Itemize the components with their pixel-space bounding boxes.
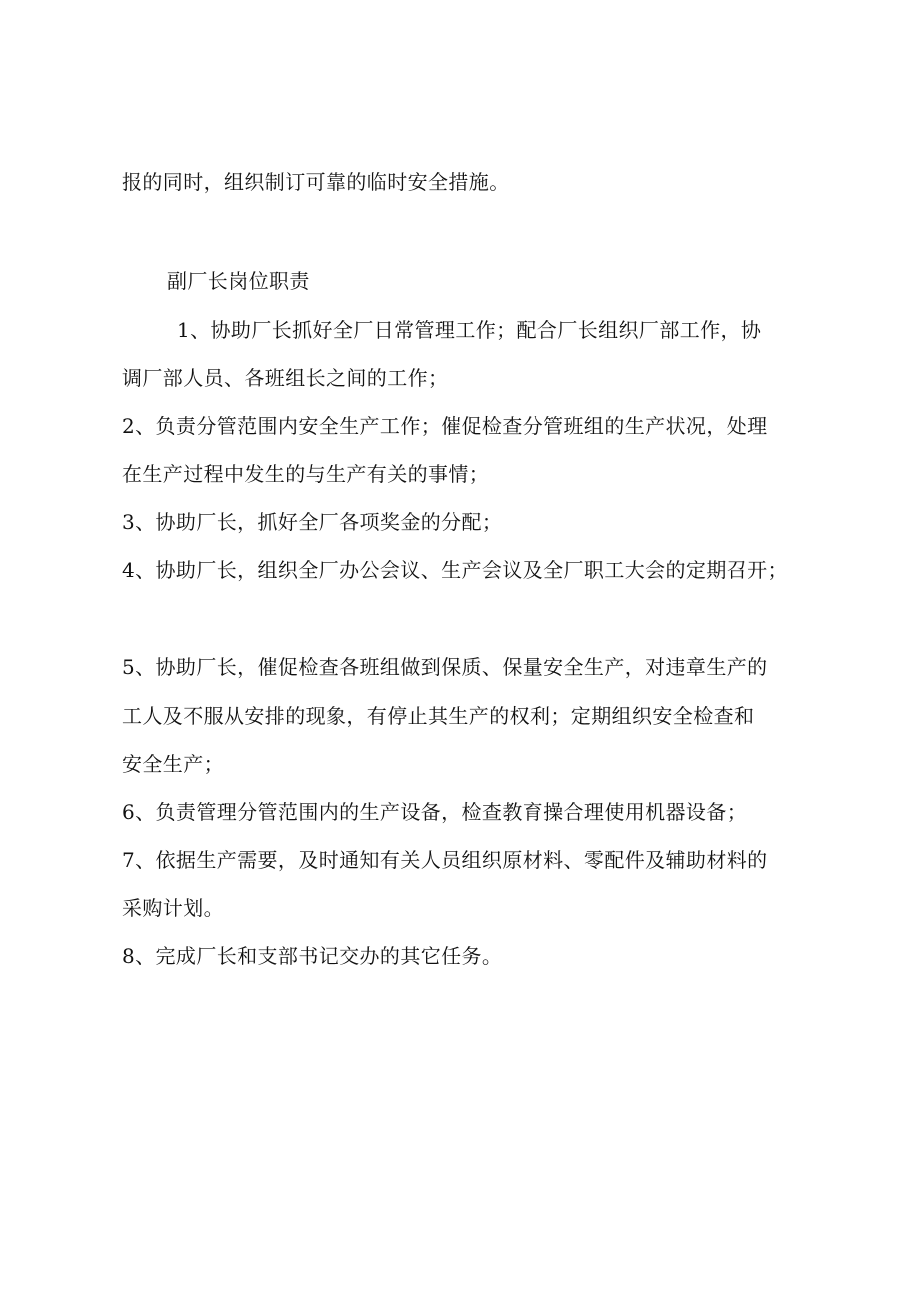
duty-item-7-line-1: 7、依据生产需要，及时通知有关人员组织原材料、零配件及辅助材料的: [122, 848, 768, 872]
section-title: 副厂长岗位职责: [167, 269, 310, 293]
duty-item-8: 8、完成厂长和支部书记交办的其它任务。: [122, 944, 502, 968]
continuation-paragraph: 报的同时，组织制订可靠的临时安全措施。: [122, 170, 510, 194]
duty-item-2-line-1: 2、负责分管范围内安全生产工作；催促检查分管班组的生产状况，处理: [122, 414, 768, 438]
document-page: 报的同时，组织制订可靠的临时安全措施。 副厂长岗位职责 1、协助厂长抓好全厂日常…: [0, 0, 920, 1302]
duty-item-1-line-1: 1、协助厂长抓好全厂日常管理工作；配合厂长组织厂部工作，协: [177, 318, 761, 342]
duty-item-3: 3、协助厂长，抓好全厂各项奖金的分配；: [122, 510, 502, 534]
duty-item-5-line-1: 5、协助厂长，催促检查各班组做到保质、保量安全生产，对违章生产的: [122, 655, 768, 679]
duty-item-1-line-2: 调厂部人员、各班组长之间的工作；: [122, 366, 448, 390]
duty-item-6: 6、负责管理分管范围内的生产设备，检查教育操合理使用机器设备；: [122, 800, 747, 824]
duty-item-4: 4、协助厂长，组织全厂办公会议、生产会议及全厂职工大会的定期召开；: [122, 558, 788, 582]
duty-item-5-line-2: 工人及不服从安排的现象，有停止其生产的权利；定期组织安全检查和: [122, 704, 754, 728]
duty-item-5-line-3: 安全生产；: [122, 752, 224, 776]
duty-item-7-line-2: 采购计划。: [122, 896, 224, 920]
duty-item-2-line-2: 在生产过程中发生的与生产有关的事情；: [122, 462, 489, 486]
